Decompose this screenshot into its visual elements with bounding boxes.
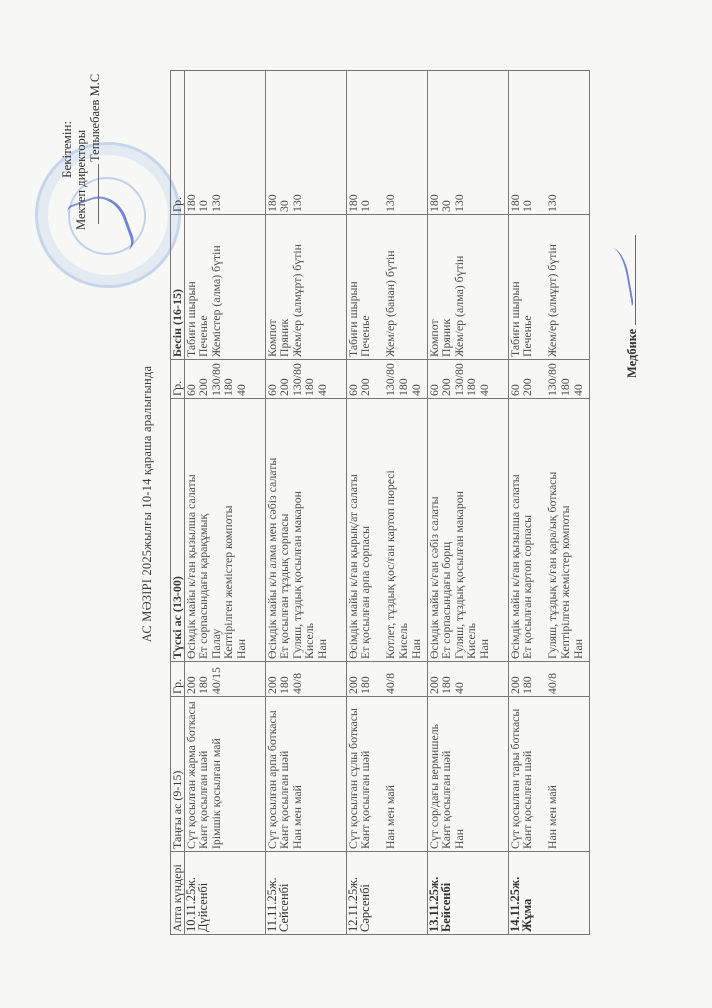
nurse-label: Медбике: [625, 329, 639, 378]
lunch-grams-cell: 60200130/8018040: [265, 360, 346, 399]
gram-value: [372, 73, 385, 212]
lunch-grams-cell: 60200130/8018040: [427, 360, 508, 399]
header-snack: Бесін (16-15): [171, 215, 185, 360]
snack-cell: Табиғи шырынПеченьеЖем/ер (банан) бүтін: [346, 215, 427, 360]
menu-table: Апта күндері Таңғы ас (9-15) Гр. Түскі а…: [170, 70, 590, 935]
dish-item: Кисель: [465, 401, 478, 659]
gram-value: 40: [235, 362, 248, 396]
dish-item: Ет сорпасындағы қарақұмық: [197, 401, 210, 659]
dish-item: Нан: [316, 401, 329, 659]
gram-value: 40: [478, 362, 491, 396]
dish-item: Нан: [453, 699, 466, 849]
dish-item: Жем/ер (алма) бүтін: [453, 217, 466, 357]
gram-value: 200: [521, 362, 534, 396]
snack-cell: Табиғи шырынПеченьеЖемістер (алма) бүтін: [184, 215, 265, 360]
gram-value: 130: [546, 73, 559, 212]
lunch-cell: Өсімдік майы к/ған қырық/ат салатыЕт қос…: [346, 399, 427, 662]
dish-item: Кептірілген жемістер компоты: [222, 401, 235, 659]
table-row: 11.11.25ж.СейсенбіСүт қосылған арпа ботк…: [265, 71, 346, 935]
snack-grams-cell: 18010130: [346, 71, 427, 215]
breakfast-grams-cell: 20018040/15: [184, 662, 265, 697]
header-breakfast-grams: Гр.: [171, 662, 185, 697]
gram-value: 200: [278, 362, 291, 396]
gram-value: 40: [410, 362, 423, 396]
dish-item: Кант қосылған шәй: [278, 699, 291, 849]
gram-value: 10: [521, 73, 534, 212]
gram-value: 180: [440, 664, 453, 694]
gram-value: 180: [278, 664, 291, 694]
gram-value: 40/8: [291, 664, 304, 694]
breakfast-grams-cell: 20018040/8: [265, 662, 346, 697]
lunch-grams-cell: 60200130/8018040: [508, 360, 589, 399]
dish-item: Печенье: [521, 217, 534, 357]
dish-item: Жем/ер (алмұрт) бүтін: [546, 217, 559, 357]
breakfast-grams-cell: 20018040/8: [508, 662, 589, 697]
gram-value: 130: [384, 73, 397, 212]
dish-item: Нан: [572, 401, 585, 659]
snack-cell: КомпотПряникЖем/ер (алма) бүтін: [427, 215, 508, 360]
gram-value: 180: [185, 73, 198, 212]
gram-value: 180: [428, 73, 441, 212]
dish-item: Печенье: [197, 217, 210, 357]
gram-value: 40/8: [546, 664, 559, 694]
snack-grams-cell: 18030130: [427, 71, 508, 215]
gram-value: [534, 73, 547, 212]
lunch-grams-cell: 60200130/8018040: [184, 360, 265, 399]
dish-item: Нан: [235, 401, 248, 659]
approval-heading: Бекітемін:: [60, 38, 74, 238]
dish-item: Кисель: [303, 401, 316, 659]
gram-value: 40: [316, 362, 329, 396]
table-row: 14.11.25ж.ЖұмаСүт қосылған тары боткасыК…: [508, 71, 589, 935]
dish-item: Жем/ер (банан) бүтін: [384, 217, 397, 357]
gram-value: 130: [291, 73, 304, 212]
breakfast-cell: Сүт қосылған жарма боткасыКант қосылған …: [184, 697, 265, 852]
table-header-row: Апта күндері Таңғы ас (9-15) Гр. Түскі а…: [171, 71, 185, 935]
header-weekday: Апта күндері: [171, 852, 185, 935]
gram-value: 30: [278, 73, 291, 212]
approval-position: Мектеп директоры: [74, 38, 88, 238]
approval-block: Бекітемін: Мектеп директоры Тепыкебаев М…: [60, 38, 102, 238]
dish-item: Жемістер (алма) бүтін: [210, 217, 223, 357]
weekday-cell: 11.11.25ж.Сейсенбі: [265, 852, 346, 935]
gram-value: 40: [453, 664, 466, 694]
row-weekday: Сәрсенбі: [359, 854, 372, 932]
dish-item: Нан мен май: [546, 699, 559, 849]
dish-item: Ет сорпасындағы борщ: [440, 401, 453, 659]
gram-value: 180: [509, 73, 522, 212]
gram-value: 180: [359, 664, 372, 694]
breakfast-cell: Сүт қосылған сұлы боткасыКант қосылған ш…: [346, 697, 427, 852]
dish-item: Гуляш, тұздық қосылған макарон: [453, 401, 466, 659]
weekday-cell: 12.11.25ж.Сәрсенбі: [346, 852, 427, 935]
dish-item: Ет қосылған картоп сорпасы: [521, 401, 534, 659]
table-row: 12.11.25ж.СәрсенбіСүт қосылған сұлы ботк…: [346, 71, 427, 935]
dish-item: Пряник: [440, 217, 453, 357]
dish-item: Гуляш, тұздық қосылған макарон: [291, 401, 304, 659]
row-weekday: Сейсенбі: [278, 854, 291, 932]
dish-item: Ет қосылған тұздық сорпасы: [278, 401, 291, 659]
gram-value: 130: [210, 73, 223, 212]
table-row: 13.11.25ж.БейсенбіСүт сор/дағы вермишель…: [427, 71, 508, 935]
row-weekday: Дүйсенбі: [197, 854, 210, 932]
snack-cell: Табиғи шырынПеченьеЖем/ер (алмұрт) бүтін: [508, 215, 589, 360]
header-snack-grams: Гр.: [171, 71, 185, 215]
dish-item: Нан мен май: [384, 699, 397, 849]
dish-item: Жем/ер (алмұрт) бүтін: [291, 217, 304, 357]
lunch-cell: Өсімдік майы к/н алма мен сәбіз салатыЕт…: [265, 399, 346, 662]
dish-item: Котлет, тұздық қос/ған картоп пюресі: [384, 401, 397, 659]
lunch-cell: Өсімдік майы к/ған сәбіз салатыЕт сорпас…: [427, 399, 508, 662]
gram-value: 180: [559, 362, 572, 396]
header-lunch: Түскі ас (13-00): [171, 399, 185, 662]
lunch-cell: Өсімдік майы к/ған қызылша салатыЕт қосы…: [508, 399, 589, 662]
dish-item: Кант қосылған шәй: [521, 699, 534, 849]
gram-value: 30: [440, 73, 453, 212]
gram-value: 180: [266, 73, 279, 212]
dish-item: Кант қосылған шәй: [197, 699, 210, 849]
gram-value: 180: [347, 73, 360, 212]
weekday-cell: 14.11.25ж.Жұма: [508, 852, 589, 935]
gram-value: 200: [197, 362, 210, 396]
snack-grams-cell: 18010130: [508, 71, 589, 215]
lunch-cell: Өсімдік майы к/ған қызылша салатыЕт сорп…: [184, 399, 265, 662]
dish-item: Нан: [410, 401, 423, 659]
dish-item: Кептірілген жемістер компоты: [559, 401, 572, 659]
dish-item: Ет қосылған арпа сорпасы: [359, 401, 372, 659]
breakfast-cell: Сүт қосылған тары боткасыКант қосылған ш…: [508, 697, 589, 852]
lunch-grams-cell: 60200130/8018040: [346, 360, 427, 399]
approval-name: Тепыкебаев М.С: [88, 74, 102, 162]
row-weekday: Бейсенбі: [440, 854, 453, 932]
dish-item: Кант қосылған шәй: [359, 699, 372, 849]
rotated-document-page: Бекітемін: Мектеп директоры Тепыкебаев М…: [0, 0, 712, 1008]
gram-value: 40/8: [384, 664, 397, 694]
weekday-cell: 10.11.25ж.Дүйсенбі: [184, 852, 265, 935]
snack-grams-cell: 18010130: [184, 71, 265, 215]
dish-item: Нан мен май: [291, 699, 304, 849]
page-title: АС МӘЗІРІ 2025жылғы 10-14 қараша аралығы…: [140, 0, 155, 1008]
dish-item: Кисель: [397, 401, 410, 659]
gram-value: 130: [453, 73, 466, 212]
gram-value: 40/15: [210, 664, 223, 694]
snack-cell: КомпотПряникЖем/ер (алмұрт) бүтін: [265, 215, 346, 360]
dish-item: Кант қосылған шәй: [440, 699, 453, 849]
dish-item: Ірімшік қосылған май: [210, 699, 223, 849]
header-breakfast: Таңғы ас (9-15): [171, 697, 185, 852]
dish-item: Нан: [478, 401, 491, 659]
breakfast-grams-cell: 20018040: [427, 662, 508, 697]
gram-value: 180: [197, 664, 210, 694]
dish-item: Пряник: [278, 217, 291, 357]
weekday-cell: 13.11.25ж.Бейсенбі: [427, 852, 508, 935]
breakfast-cell: Сүт қосылған арпа боткасыКант қосылған ш…: [265, 697, 346, 852]
gram-value: 40: [572, 362, 585, 396]
row-weekday: Жұма: [521, 854, 534, 932]
gram-value: 10: [197, 73, 210, 212]
gram-value: 10: [359, 73, 372, 212]
header-lunch-grams: Гр.: [171, 360, 185, 399]
breakfast-cell: Сүт сор/дағы вермишельКант қосылған шәйН…: [427, 697, 508, 852]
snack-grams-cell: 18030130: [265, 71, 346, 215]
gram-value: 180: [521, 664, 534, 694]
table-row: 10.11.25ж.ДүйсенбіСүт қосылған жарма бот…: [184, 71, 265, 935]
breakfast-grams-cell: 20018040/8: [346, 662, 427, 697]
gram-value: 180: [397, 362, 410, 396]
gram-value: 200: [440, 362, 453, 396]
gram-value: 200: [359, 362, 372, 396]
dish-item: Печенье: [359, 217, 372, 357]
